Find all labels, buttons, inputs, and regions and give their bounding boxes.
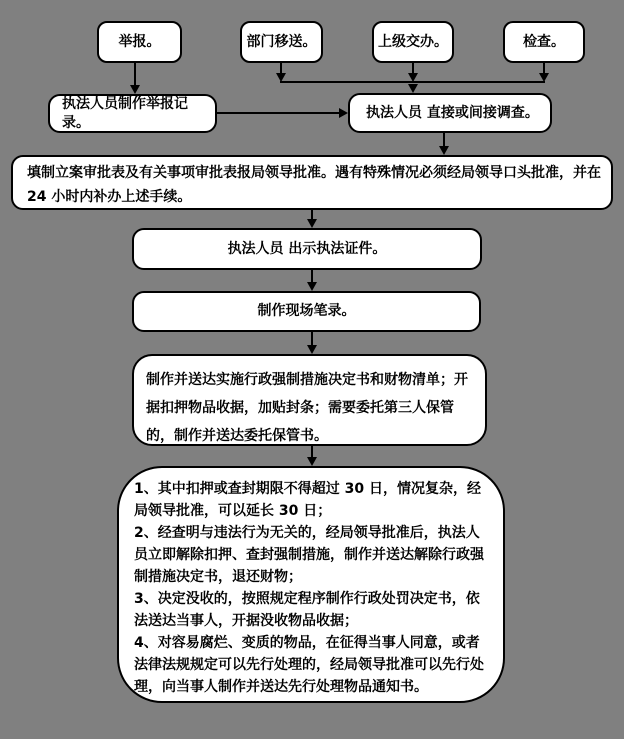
node-department-transfer: 部门移送。: [240, 21, 323, 63]
node-make-report-record: 执法人员制作举报记录。: [48, 94, 217, 133]
arrowhead-record-to-investigation: [339, 108, 348, 118]
rule-item-2: 2、经查明与违法行为无关的，经局领导批准后，执法人员立即解除扣押、查封强制措施，…: [134, 522, 491, 588]
arrow-line-record-to-investigation: [217, 112, 339, 114]
arrow-line-report-to-record: [134, 63, 136, 86]
arrowhead-merge-to-investigation: [408, 84, 418, 93]
rule-item-1: 1、其中扣押或查封期限不得超过 30 日，情况复杂，经局领导批准，可以延长 30…: [134, 478, 491, 522]
node-superior-assignment-label: 上级交办。: [378, 33, 448, 52]
node-show-credentials: 执法人员 出示执法证件。: [132, 228, 482, 270]
arrowhead-credentials-to-notes: [307, 282, 317, 291]
arrowhead-enforcement-to-rules: [307, 457, 317, 466]
arrowhead-notes-to-enforcement: [307, 345, 317, 354]
rule-item-3: 3、决定没收的，按照规定程序制作行政处罚决定书，依法送达当事人，开据没收物品收据…: [134, 588, 491, 632]
flowchart-canvas: 举报。 部门移送。 上级交办。 检查。 执法人员制作举报记录。 执法人员 直接或…: [0, 0, 624, 739]
node-inspection: 检查。: [503, 21, 585, 63]
node-department-transfer-label: 部门移送。: [247, 33, 317, 52]
node-show-credentials-label: 执法人员 出示执法证件。: [228, 240, 387, 259]
node-report: 举报。: [97, 21, 182, 63]
arrowhead-investigation-to-approval: [439, 146, 449, 155]
node-enforcement-documents-label: 制作并送达实施行政强制措施决定书和财物清单；开据扣押物品收据，加贴封条；需要委托…: [146, 372, 468, 444]
node-case-filing-approval: 填制立案审批表及有关事项审批表报局领导批准。遇有特殊情况必须经局领导口头批准，并…: [11, 155, 613, 210]
node-inspection-label: 检查。: [523, 33, 565, 52]
arrowhead-report-to-record: [130, 85, 140, 94]
node-superior-assignment: 上级交办。: [372, 21, 454, 63]
node-enforcement-documents: 制作并送达实施行政强制措施决定书和财物清单；开据扣押物品收据，加贴封条；需要委托…: [132, 354, 487, 446]
arrow-line-investigation-to-approval: [443, 133, 445, 146]
node-case-filing-approval-label: 填制立案审批表及有关事项审批表报局领导批准。遇有特殊情况必须经局领导口头批准，并…: [27, 165, 601, 205]
arrow-line-notes-to-enforcement: [311, 332, 313, 346]
arrowhead-approval-to-credentials: [307, 219, 317, 228]
node-site-notes: 制作现场笔录。: [132, 291, 481, 332]
node-report-label: 举报。: [119, 33, 161, 52]
node-make-report-record-label: 执法人员制作举报记录。: [62, 95, 215, 133]
node-investigation-label: 执法人员 直接或间接调查。: [366, 104, 539, 123]
rule-item-4: 4、对容易腐烂、变质的物品，在征得当事人同意，或者法律法规规定可以先行处理的，经…: [134, 632, 491, 698]
merge-line: [280, 81, 545, 83]
node-site-notes-label: 制作现场笔录。: [258, 302, 356, 321]
node-investigation: 执法人员 直接或间接调查。: [348, 93, 552, 133]
node-rules-panel: 1、其中扣押或查封期限不得超过 30 日，情况复杂，经局领导批准，可以延长 30…: [117, 466, 505, 703]
